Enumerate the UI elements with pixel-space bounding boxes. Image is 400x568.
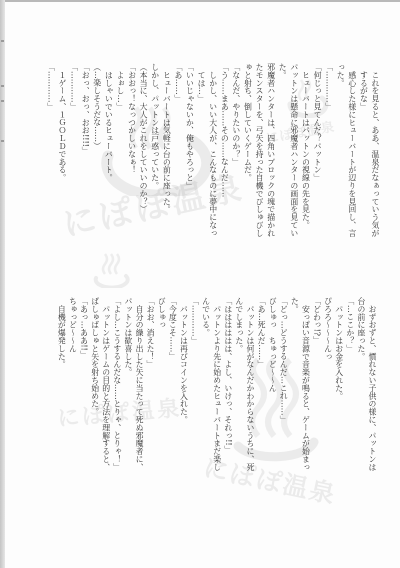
text-line: （本当に、大人がこれをしていいのか？） [138, 63, 150, 243]
text-line: 邪魔者ハンターは、四角いブロックの塊で描かれ [265, 63, 277, 243]
text-line: しかし、パットンは戸惑っていた。 [149, 63, 161, 243]
scan-edge-top [0, 0, 400, 2]
text-line: よぉし…」 [114, 63, 126, 243]
text-line: 「あ…死んだ……」 [256, 297, 267, 477]
text-line: はしゃいでいるヒューバート。 [103, 63, 115, 243]
text-line: 「いいじゃないか、俺もやろっと」 [184, 63, 196, 243]
book-page: にぽぽ温泉 にぽぽ温泉 にぽぽ温泉 にぽぽ温泉 これを見ると、ああ、温泉だなぁっ… [0, 0, 400, 568]
text-line: 「…………」 [323, 63, 335, 243]
text-line: 感心した様にヒューバートが辺りを見回し、言 [346, 63, 358, 243]
text-line: しかし、いい大人が、こんなものに夢中になっ [207, 63, 219, 243]
text-line: １ゲーム、１ＧＯＬＤである。 [56, 63, 68, 243]
text-line: 「今度こそ……」 [167, 297, 178, 477]
text-line: これを見ると、ああ、温泉だなぁっていう気が [369, 63, 381, 243]
text-line: 「なんだ、やりたいのか？」 [230, 63, 242, 243]
text-line: ばしゅばしゅと矢を射ち始めた。 [90, 297, 101, 477]
text-line: った。 [335, 63, 347, 243]
text-line: ヒューバートはパットンの視線の先を見た。 [300, 63, 312, 243]
text-block-top: これを見ると、ああ、温泉だなぁっていう気が するがな」 感心した様にヒューバート… [45, 63, 381, 243]
text-line: パットンはゲームの目的と方法を理解すると、 [101, 297, 112, 477]
text-line: おずおずと、慣れない子供の様に、パットンは [367, 297, 378, 477]
text-line: 「どっ…どうするんだ…これ……」 [278, 297, 289, 477]
text-line: びしゅっ ちゅっど～～ん [267, 297, 278, 477]
text-line: 「…………」 [45, 63, 57, 243]
text-line: パットンはお金を入れた。 [334, 297, 345, 477]
text-line: んでいる。 [201, 297, 212, 477]
text-line: 安っぽい音源で音楽が鳴ると、ゲームが始まっ [300, 297, 311, 477]
text-line: 「よし…こうするんだな……とりゃ、とりゃ！」 [112, 297, 123, 477]
text-line: ちゅっど～～ん [67, 297, 78, 477]
text-line: ゅと射ち、倒していくゲームだ。 [242, 63, 254, 243]
text-line: ヒューバートは気軽に台の前に座った。 [161, 63, 173, 243]
scan-edge-left [0, 0, 5, 568]
text-line: た。 [277, 63, 289, 243]
text-line: パットンは再びコインを入れた。 [178, 297, 189, 477]
text-line: た。 [289, 297, 300, 477]
text-line: たモンスターを、弓矢を持った自機でびしゅびし [253, 63, 265, 243]
text-line: 「おっ、おっ、おお!!!!」 [80, 63, 92, 243]
text-line: パットンより先に始めたヒューバートまだ楽し [212, 297, 223, 477]
text-block-bottom: おずおずと、慣れない子供の様に、パットンは 台の前に座った。 「…ここか？」 パ… [56, 297, 378, 477]
text-line: んでしまった。 [234, 297, 245, 477]
text-line: びしゅっ [156, 297, 167, 477]
text-line: パットンは懸命に邪魔者ハンターの画面を見てい [288, 63, 300, 243]
text-line: 「おお、消えた！」 [145, 297, 156, 477]
text-line: 「どわっ!?」 [311, 297, 322, 477]
text-line: 「おおっ！なっつかしいなぁ！ [126, 63, 138, 243]
text-line: （…楽しそうだな……） [91, 63, 103, 243]
text-line: パットンは何がなんだかわからないうちに、死 [245, 297, 256, 477]
hot-spring-icon [90, 252, 132, 288]
text-line: 「…………」 [68, 63, 80, 243]
text-line: パットンは歓喜した。 [123, 297, 134, 477]
text-line: 「…ここか？」 [345, 297, 356, 477]
text-line: 「何じっと見てんだ？パットン」 [311, 63, 323, 243]
text-line: ぴろろ～～～んっ [323, 297, 334, 477]
text-line: ては…」 [196, 63, 208, 243]
text-line: するがな」 [358, 63, 370, 243]
text-line: 自分の繰り出した矢に当たって死ぬ邪魔者に、 [134, 297, 145, 477]
text-line: 「はははははは、よし、いけっ、それっ!!」 [223, 297, 234, 477]
text-line: 台の前に座った。 [356, 297, 367, 477]
text-line: 「う……まあ……その……なんだ…… [219, 63, 231, 243]
text-line: 自機が爆発した。 [56, 297, 67, 477]
text-line: 「あ……」 [172, 63, 184, 243]
text-line: 「あっ…ああ!!」 [78, 297, 89, 477]
text-line: 「…………」 [189, 297, 200, 477]
